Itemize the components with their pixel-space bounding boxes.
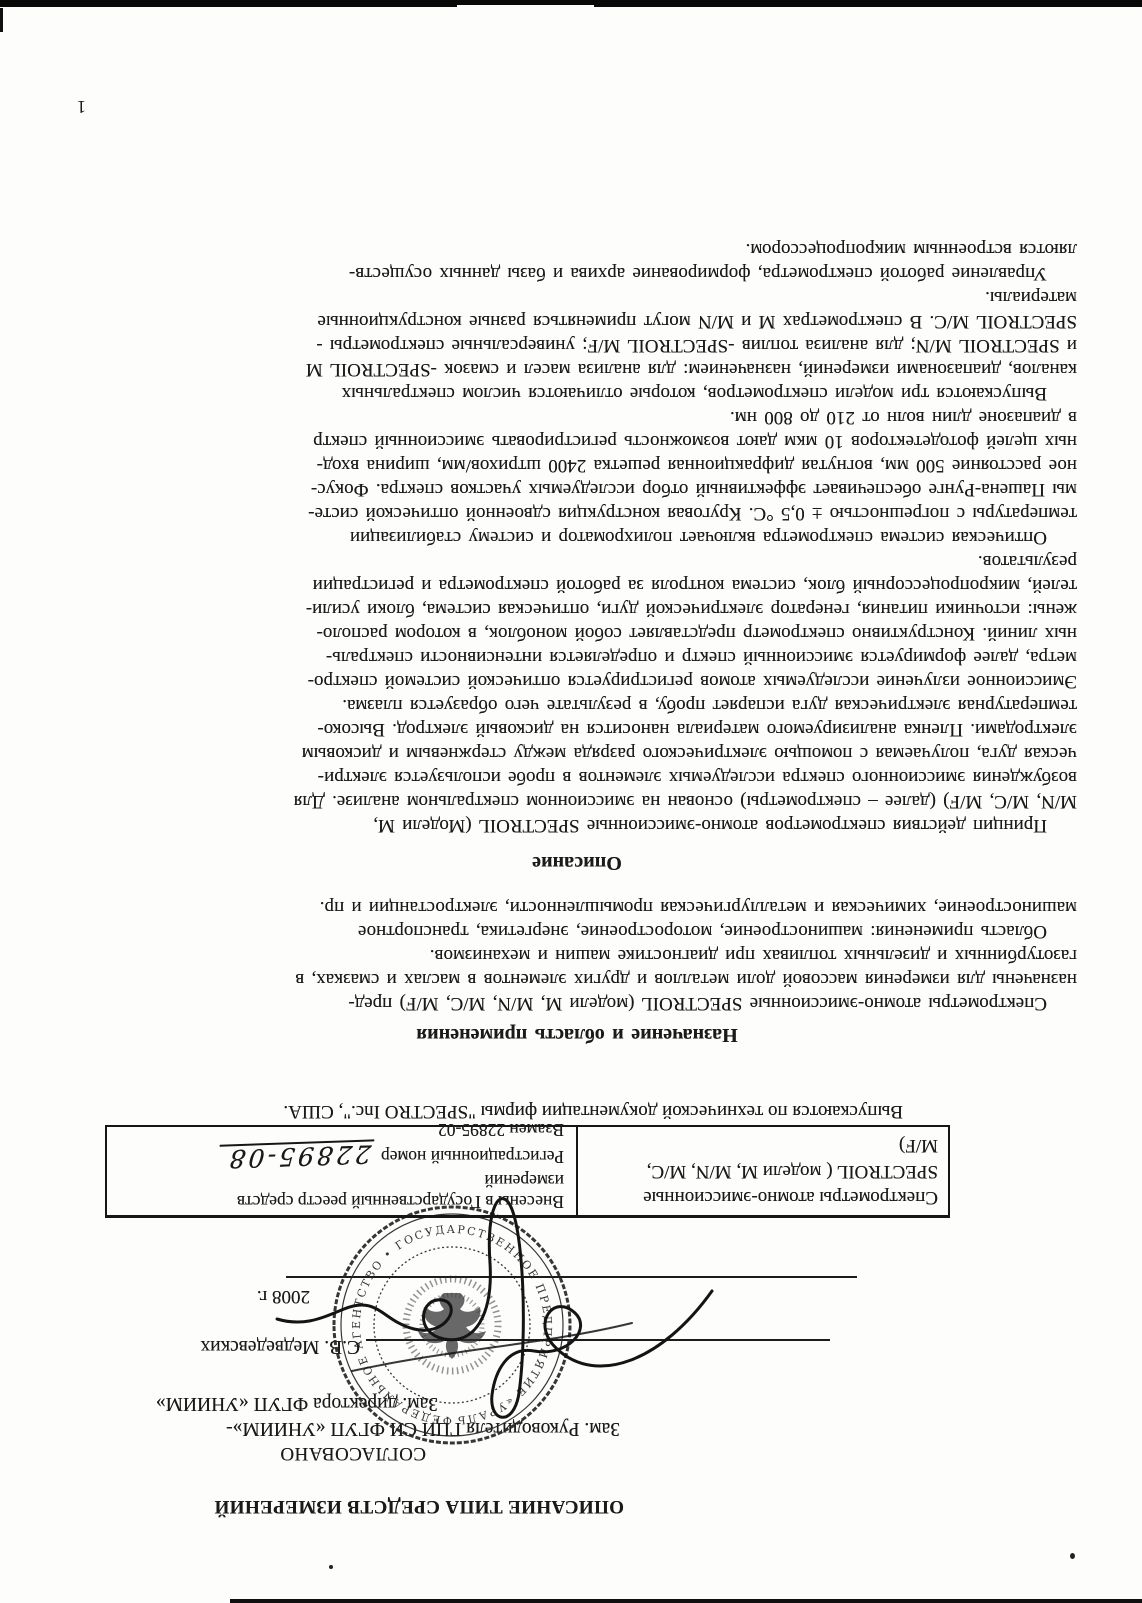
document-sheet: ОПИСАНИЕ ТИПА СРЕДСТВ ИЗМЕРЕНИЙ СОГЛАСОВ…	[0, 0, 1142, 1603]
issued-by-line: Выпускаются по технической документации …	[283, 1100, 903, 1122]
reg-number-handwritten: 22895-08	[217, 1139, 373, 1168]
scanner-speck	[329, 1565, 333, 1569]
section-heading-purpose: Назначение и область применения	[77, 1023, 1077, 1047]
scanner-artifact-top-strip	[0, 0, 1142, 7]
paragraph-microprocessor: Управление работой спектрометра, формиро…	[77, 237, 1077, 285]
registry-table-instrument-cell: Спектрометры атомно-эмиссионные SPECTROI…	[576, 1127, 948, 1215]
scanner-artifact-bottom-strip	[230, 1599, 1142, 1603]
registry-table-registration-cell: Внесены в Государственный реестр средств…	[107, 1127, 576, 1215]
replaces-line: Взамен 22895-02	[115, 1119, 564, 1140]
document-body: Назначение и область применения Спектром…	[77, 237, 1077, 1047]
registry-table: Спектрометры атомно-эмиссионные SPECTROI…	[105, 1125, 950, 1218]
scanned-document-screenshot: ОПИСАНИЕ ТИПА СРЕДСТВ ИЗМЕРЕНИЙ СОГЛАСОВ…	[0, 0, 1142, 1603]
reg-number-label: Регистрационный номер	[381, 1147, 564, 1167]
scanner-artifact-left-mark	[0, 8, 3, 32]
paragraph-optical-system: Оптическая система спектрометра включает…	[77, 405, 1077, 549]
paragraph-operating-principle: Принцип действия спектрометров атомно-эм…	[77, 549, 1077, 837]
registry-intro: Внесены в Государственный реестр средств…	[115, 1170, 564, 1212]
scanner-speck	[1070, 1553, 1075, 1559]
paragraph-application-area: Область применения: машиностроение, мото…	[77, 895, 1077, 943]
signature-scrawl	[222, 1191, 782, 1441]
paragraph-models: Выпускаются три модели спектрометров, ко…	[77, 285, 1077, 405]
paragraph-purpose: Спектрометры атомно-эмиссионные SPECTROI…	[77, 943, 1077, 1015]
page-number: 1	[77, 96, 86, 117]
doc-title: ОПИСАНИЕ ТИПА СРЕДСТВ ИЗМЕРЕНИЙ	[214, 1495, 624, 1517]
section-heading-description: Описание	[77, 851, 1077, 875]
